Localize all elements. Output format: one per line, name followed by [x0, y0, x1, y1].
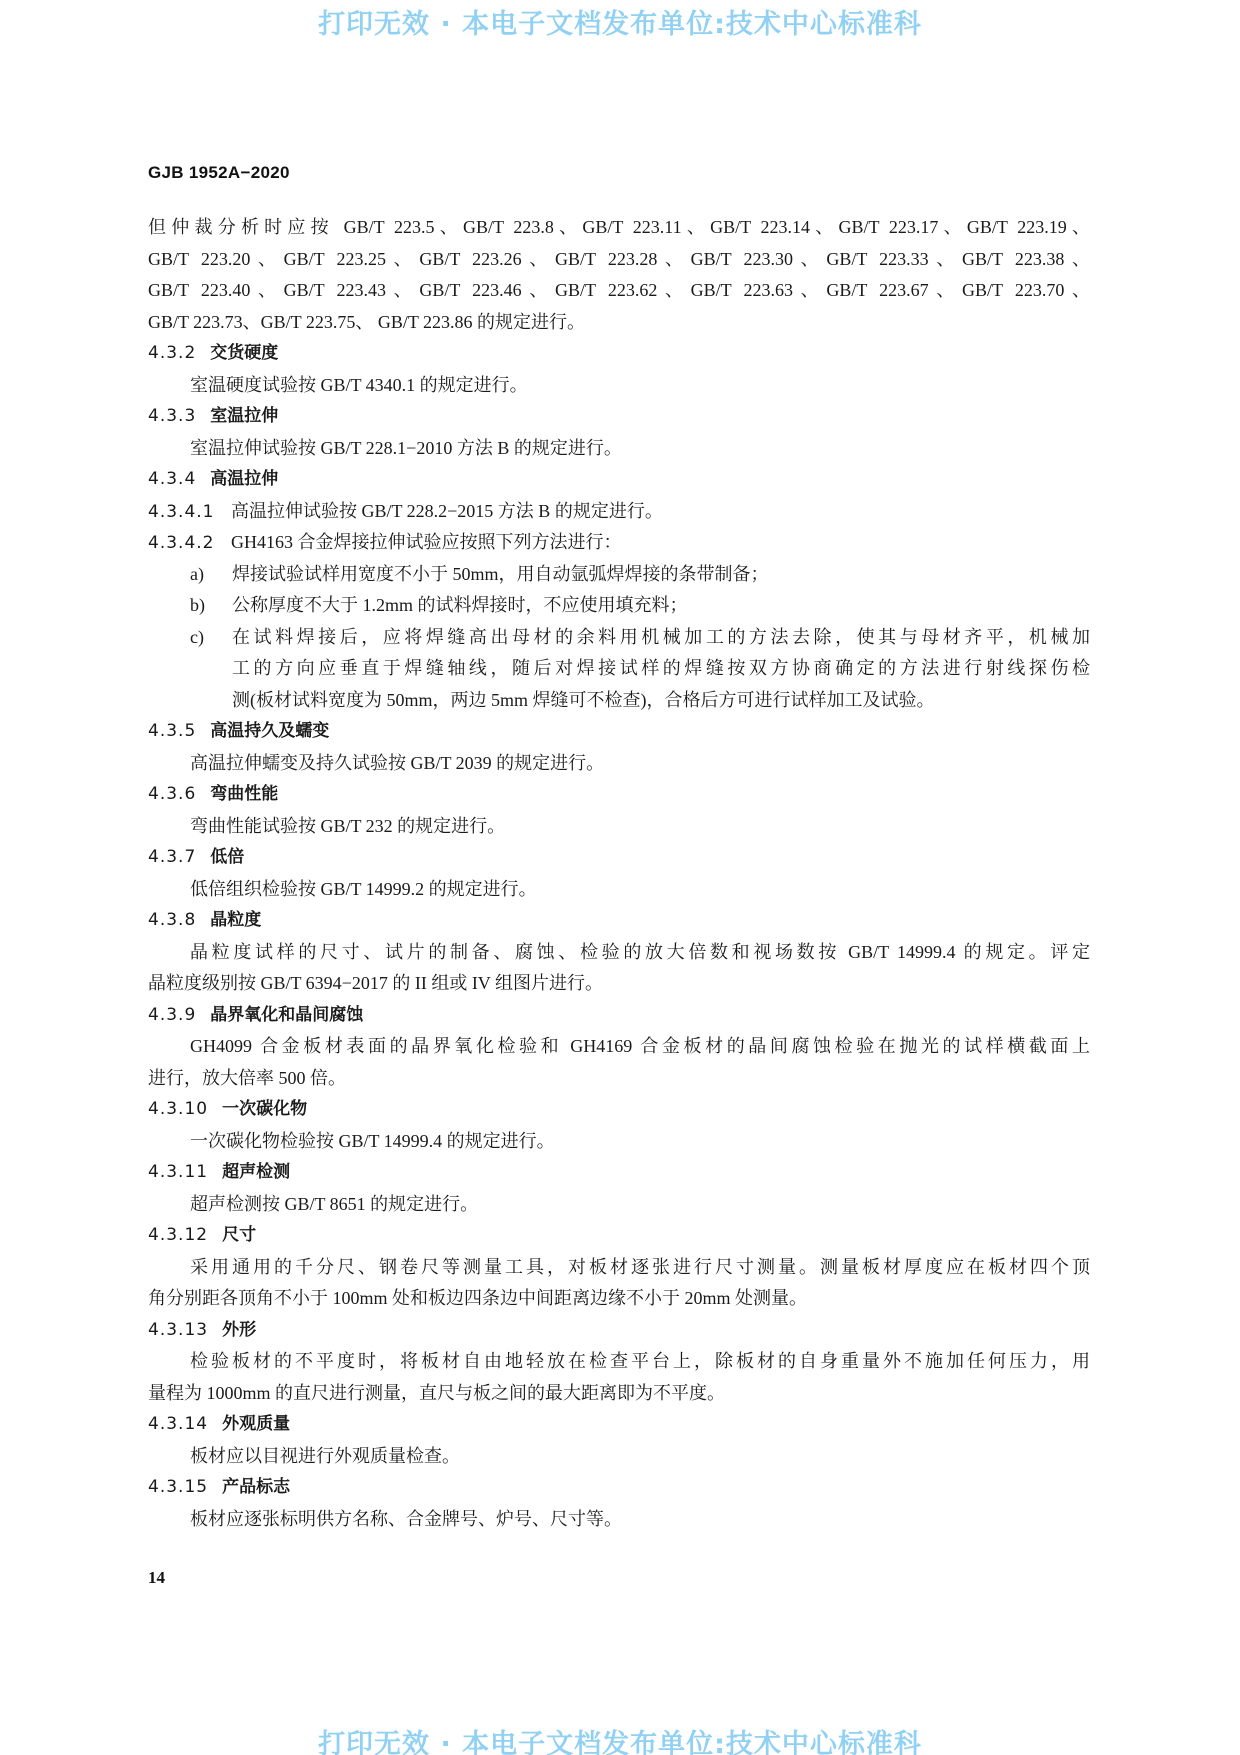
section-number: 4.3.4: [148, 464, 196, 496]
section-number: 4.3.5: [148, 716, 196, 748]
section-title: 晶界氧化和晶间腐蚀: [210, 1005, 363, 1025]
section-heading-4-3-9: 4.3.9晶界氧化和晶间腐蚀: [148, 1000, 1090, 1032]
body-line: GB/T 223.40、GB/T 223.43、GB/T 223.46、GB/T…: [148, 275, 1090, 307]
section-heading-4-3-11: 4.3.11超声检测: [148, 1157, 1090, 1189]
section-number: 4.3.7: [148, 842, 196, 874]
section-body-continued: 晶粒度级别按 GB/T 6394−2017 的 II 组或 IV 组图片进行。: [148, 968, 1090, 1000]
section-body: 晶粒度试样的尺寸、试片的制备、腐蚀、检验的放大倍数和视场数按 GB/T 1499…: [148, 937, 1090, 969]
section-title: 尺寸: [222, 1225, 256, 1245]
section-body: 高温拉伸蠕变及持久试验按 GB/T 2039 的规定进行。: [148, 748, 1090, 780]
page-number: 14: [148, 1568, 165, 1588]
section-number: 4.3.13: [148, 1315, 208, 1347]
section-heading-4-3-2: 4.3.2交货硬度: [148, 338, 1090, 370]
section-body: 室温硬度试验按 GB/T 4340.1 的规定进行。: [148, 370, 1090, 402]
section-heading-4-3-12: 4.3.12尺寸: [148, 1220, 1090, 1252]
section-body-continued: 进行，放大倍率 500 倍。: [148, 1063, 1090, 1095]
section-body: 一次碳化物检验按 GB/T 14999.4 的规定进行。: [148, 1126, 1090, 1158]
section-number: 4.3.3: [148, 401, 196, 433]
section-body: 超声检测按 GB/T 8651 的规定进行。: [148, 1189, 1090, 1221]
section-number: 4.3.6: [148, 779, 196, 811]
list-text: 焊接试验试样用宽度不小于 50mm，用自动氩弧焊焊接的条带制备；: [232, 559, 1090, 591]
subsection-text: GH4163 合金焊接拉伸试验应按照下列方法进行：: [231, 532, 622, 552]
document-body: 但仲裁分析时应按 GB/T 223.5、GB/T 223.8、GB/T 223.…: [148, 212, 1090, 1535]
section-heading-4-3-6: 4.3.6弯曲性能: [148, 779, 1090, 811]
section-number: 4.3.12: [148, 1220, 208, 1252]
list-item-a: a) 焊接试验试样用宽度不小于 50mm，用自动氩弧焊焊接的条带制备；: [148, 559, 1090, 591]
subsection-4-3-4-2: 4.3.4.2 GH4163 合金焊接拉伸试验应按照下列方法进行：: [148, 527, 1090, 559]
section-number: 4.3.14: [148, 1409, 208, 1441]
section-title: 一次碳化物: [222, 1099, 307, 1119]
section-heading-4-3-8: 4.3.8晶粒度: [148, 905, 1090, 937]
section-heading-4-3-13: 4.3.13外形: [148, 1315, 1090, 1347]
section-number: 4.3.10: [148, 1094, 208, 1126]
section-title: 外观质量: [222, 1414, 290, 1434]
section-title: 产品标志: [222, 1477, 290, 1497]
section-title: 高温拉伸: [210, 469, 278, 489]
section-title: 超声检测: [222, 1162, 290, 1182]
section-number: 4.3.15: [148, 1472, 208, 1504]
section-heading-4-3-14: 4.3.14外观质量: [148, 1409, 1090, 1441]
section-heading-4-3-15: 4.3.15产品标志: [148, 1472, 1090, 1504]
subsection-number: 4.3.4.2: [148, 528, 214, 560]
list-marker: b): [190, 590, 232, 622]
section-title: 外形: [222, 1320, 256, 1340]
section-title: 低倍: [210, 847, 244, 867]
list-marker: a): [190, 559, 232, 591]
section-body: 弯曲性能试验按 GB/T 232 的规定进行。: [148, 811, 1090, 843]
section-heading-4-3-4: 4.3.4高温拉伸: [148, 464, 1090, 496]
subsection-text: 高温拉伸试验按 GB/T 228.2−2015 方法 B 的规定进行。: [231, 501, 663, 521]
list-item-b: b) 公称厚度不大于 1.2mm 的试料焊接时，不应使用填充料；: [148, 590, 1090, 622]
body-line: GB/T 223.73、GB/T 223.75、 GB/T 223.86 的规定…: [148, 307, 1090, 339]
subsection-number: 4.3.4.1: [148, 497, 214, 529]
section-number: 4.3.9: [148, 1000, 196, 1032]
section-number: 4.3.8: [148, 905, 196, 937]
body-line: 但仲裁分析时应按 GB/T 223.5、GB/T 223.8、GB/T 223.…: [148, 212, 1090, 244]
section-body: 板材应以目视进行外观质量检查。: [148, 1441, 1090, 1473]
section-number: 4.3.11: [148, 1157, 208, 1189]
body-line: GB/T 223.20、GB/T 223.25、GB/T 223.26、GB/T…: [148, 244, 1090, 276]
section-body: 室温拉伸试验按 GB/T 228.1−2010 方法 B 的规定进行。: [148, 433, 1090, 465]
watermark-bottom: 打印无效 · 本电子文档发布单位:技术中心标准科: [0, 1722, 1240, 1755]
section-title: 晶粒度: [210, 910, 261, 930]
section-body: 低倍组织检验按 GB/T 14999.2 的规定进行。: [148, 874, 1090, 906]
section-title: 室温拉伸: [210, 406, 278, 426]
section-body: 检验板材的不平度时，将板材自由地轻放在检查平台上，除板材的自身重量外不施加任何压…: [148, 1346, 1090, 1378]
list-text: 公称厚度不大于 1.2mm 的试料焊接时，不应使用填充料；: [232, 590, 1090, 622]
section-body: 采用通用的千分尺、钢卷尺等测量工具，对板材逐张进行尺寸测量。测量板材厚度应在板材…: [148, 1252, 1090, 1284]
subsection-4-3-4-1: 4.3.4.1 高温拉伸试验按 GB/T 228.2−2015 方法 B 的规定…: [148, 496, 1090, 528]
document-code: GJB 1952A−2020: [148, 163, 290, 183]
list-text: 在试料焊接后，应将焊缝高出母材的余料用机械加工的方法去除，使其与母材齐平，机械加: [232, 622, 1090, 654]
section-body: GH4099 合金板材表面的晶界氧化检验和 GH4169 合金板材的晶间腐蚀检验…: [148, 1031, 1090, 1063]
list-item-c: c) 在试料焊接后，应将焊缝高出母材的余料用机械加工的方法去除，使其与母材齐平，…: [148, 622, 1090, 654]
section-body: 板材应逐张标明供方名称、合金牌号、炉号、尺寸等。: [148, 1504, 1090, 1536]
section-number: 4.3.2: [148, 338, 196, 370]
section-heading-4-3-5: 4.3.5高温持久及蠕变: [148, 716, 1090, 748]
section-body-continued: 量程为 1000mm 的直尺进行测量，直尺与板之间的最大距离即为不平度。: [148, 1378, 1090, 1410]
list-text-continued: 工的方向应垂直于焊缝轴线，随后对焊接试样的焊缝按双方协商确定的方法进行射线探伤检: [148, 653, 1090, 685]
section-title: 交货硬度: [210, 343, 278, 363]
list-marker: c): [190, 622, 232, 654]
section-heading-4-3-3: 4.3.3室温拉伸: [148, 401, 1090, 433]
section-title: 弯曲性能: [210, 784, 278, 804]
section-title: 高温持久及蠕变: [210, 721, 329, 741]
watermark-top: 打印无效 · 本电子文档发布单位:技术中心标准科: [0, 2, 1240, 41]
section-heading-4-3-7: 4.3.7低倍: [148, 842, 1090, 874]
list-text-continued: 测(板材试料宽度为 50mm，两边 5mm 焊缝可不检查)，合格后方可进行试样加…: [148, 685, 1090, 717]
section-body-continued: 角分别距各顶角不小于 100mm 处和板边四条边中间距离边缘不小于 20mm 处…: [148, 1283, 1090, 1315]
section-heading-4-3-10: 4.3.10一次碳化物: [148, 1094, 1090, 1126]
